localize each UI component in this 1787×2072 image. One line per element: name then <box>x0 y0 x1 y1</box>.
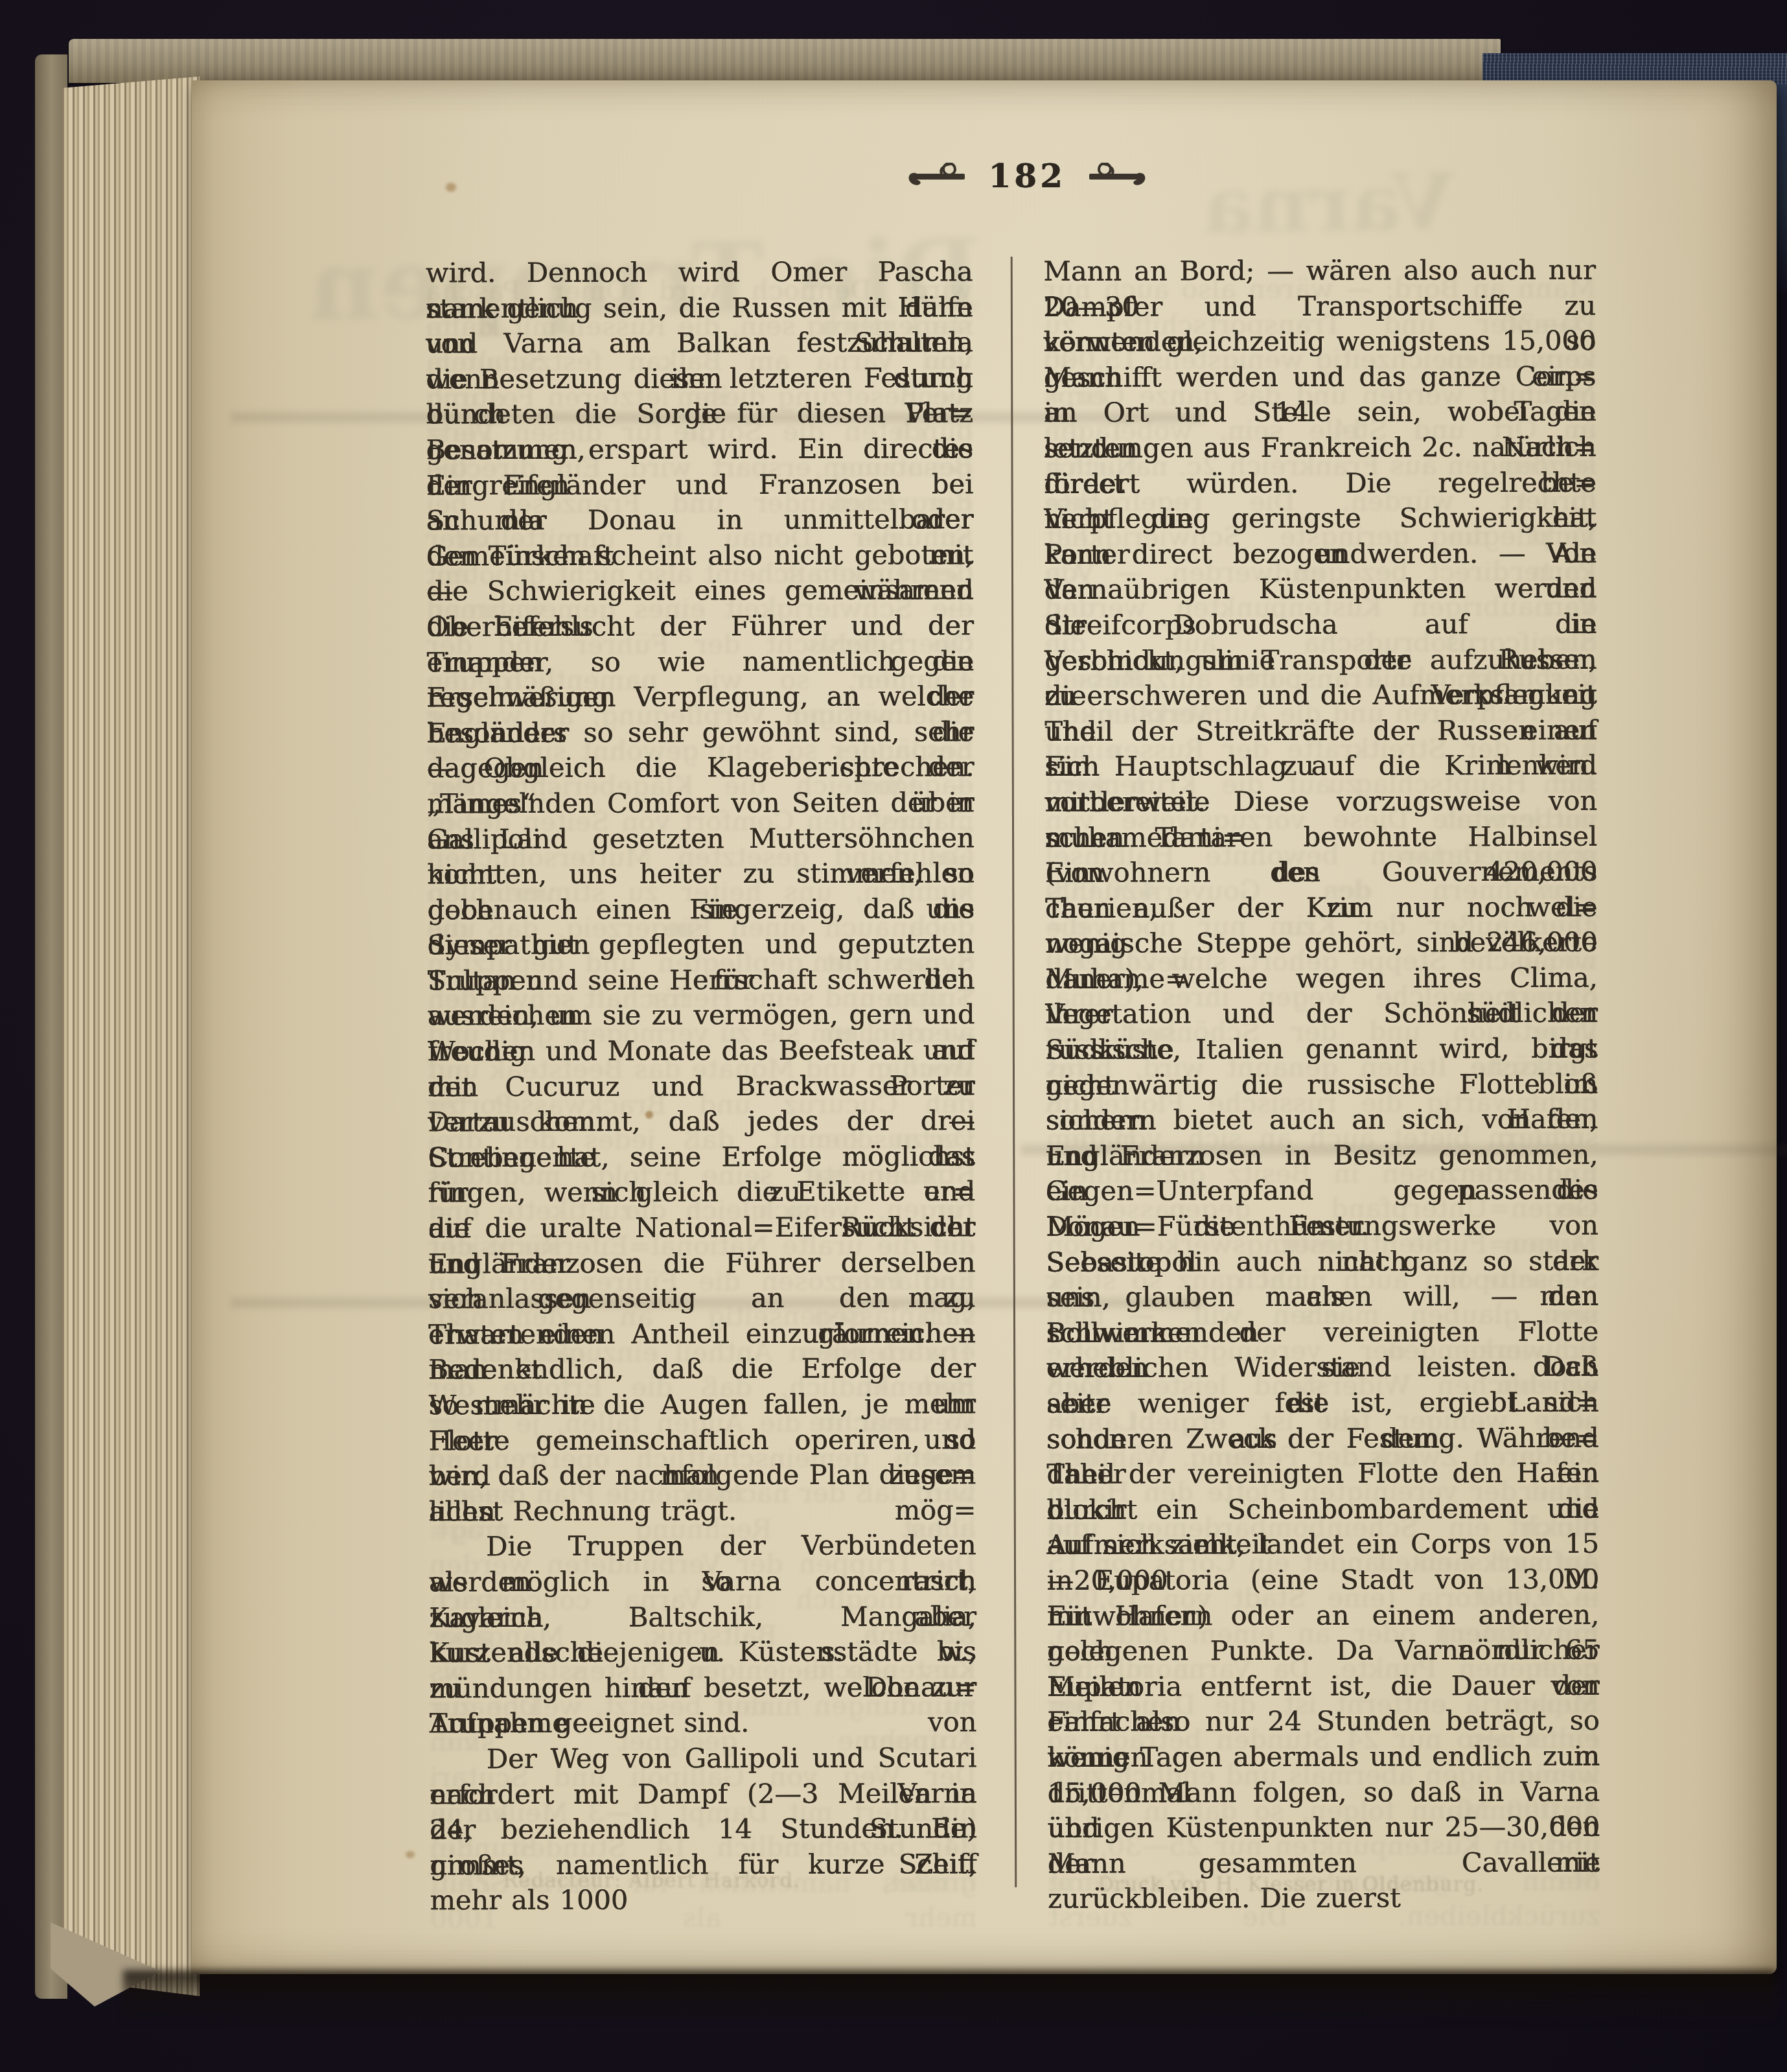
footer-bleed-through-redacteur: Redacteur: Albert Harkord. <box>503 1869 800 1892</box>
text-line: kurz alle diejenigen Küstenstädte bis zu… <box>429 1634 976 1671</box>
page-number: 182 <box>988 157 1065 195</box>
text-line: Thaten einen Antheil einzuräumen. — Bede… <box>428 1316 976 1353</box>
text-line: uns glauben machen will, — den schwimmen… <box>1046 1279 1598 1316</box>
text-line: auf die uralte National=Eifersucht der E… <box>428 1209 976 1246</box>
text-line: Eupatoria entfernt ist, die Dauer der ei… <box>1047 1668 1600 1705</box>
text-line: sonderen Zweck der Festung. Während dahe… <box>1046 1420 1599 1457</box>
text-line: Einwohnern des Gouvernements Taurien, zu… <box>1045 854 1598 891</box>
text-line: mit Cucuruz und Brackwasser zu vertausch… <box>428 1068 975 1105</box>
text-line: der Engländer und Franzosen bei Schumla … <box>426 467 974 504</box>
text-line: Bollwerken der vereinigten Flotte werden… <box>1046 1314 1599 1351</box>
text-line: fördert würden. Die regelrechte Verpfleg… <box>1044 465 1597 502</box>
stacked-page-fore-edges <box>62 76 200 1996</box>
text-line: nicht die geringste Schwierigkeit, Porte… <box>1044 500 1597 537</box>
text-line: Seeseite hin auch nicht ganz so stark se… <box>1046 1243 1598 1280</box>
text-line: russische Italien genannt wird, birgt ni… <box>1045 1031 1598 1068</box>
text-line: zu erschweren und die Aufmerksamkeit und… <box>1044 677 1597 714</box>
photographed-book-scene: 182 Die Truppen Varna wird. Dennoch wird… <box>0 0 1787 2072</box>
text-line: regelmäßigen Verpflegung, an welche beso… <box>426 679 974 716</box>
text-line: geschifft werden und das ganze Corps in … <box>1044 358 1597 395</box>
text-line: Mann an Bord; — wären also auch nur 20—3… <box>1043 253 1596 290</box>
text-line: erfordert mit Dampf (2—3 Meilen in der S… <box>430 1776 977 1813</box>
text-line: Sultan und seine Herrschaft schwerlich a… <box>428 962 975 999</box>
text-line: könnten gleichzeitig wenigstens 15,000 M… <box>1044 323 1597 360</box>
text-line: ans Land gesetzten Muttersöhnchen nicht … <box>427 821 974 857</box>
text-line: dieser gut gepflegten und geputzten Trup… <box>427 926 974 963</box>
text-line: und Franzosen die Führer derselben veran… <box>428 1245 976 1282</box>
text-line: bündeten die Sorge für diesen Platz geno… <box>426 396 973 433</box>
text-line: Gegen=Unterpfand gegen die Donau=Fürsten… <box>1046 1172 1598 1209</box>
text-line: die Dobrudscha auf die Verbindungslinie … <box>1044 607 1597 644</box>
text-line: Dampfer und Transportschiffe zu verwende… <box>1043 288 1596 325</box>
text-line: mangelnden Comfort von Seiten der in Gal… <box>427 785 974 822</box>
text-line: daner), welche wegen ihres Clima, ihrer … <box>1045 960 1598 997</box>
text-line: vorbereitet. Diese vorzugsweise von muha… <box>1044 784 1597 821</box>
text-line: wenig Tagen abermals und endlich zum dri… <box>1047 1739 1600 1776</box>
text-line: man endlich, daß die Erfolge der Westmäc… <box>428 1351 976 1388</box>
text-line: ben, daß der nachfolgende Plan diesem al… <box>429 1457 976 1494</box>
page-shadow <box>123 1970 1775 2022</box>
text-line: an Ort und Stelle sein, wobei die letzte… <box>1044 394 1597 431</box>
footer-bleed-through-printer: Druck von H. Kiesser in Oldenburg. <box>1098 1873 1484 1896</box>
page-header: 182 <box>235 157 1787 195</box>
text-line: sondern bietet auch an sich, von den Eng… <box>1046 1102 1598 1139</box>
text-line: 24, beziehendlich 14 Stunden. Ein großes… <box>430 1811 977 1848</box>
text-line: und Franzosen in Besitz genommen, ein pa… <box>1046 1137 1598 1174</box>
text-line: konnten, uns heiter zu stimmen, so geben… <box>427 856 974 892</box>
text-line: mit Hafen) oder an einem anderen, noch n… <box>1047 1597 1600 1634</box>
text-line: Vegetation und der Schönheit der Südküst… <box>1045 995 1598 1032</box>
paper-stain <box>406 1851 415 1858</box>
text-line: die Besetzung dieser letzteren Festung d… <box>426 360 973 397</box>
fleuron-icon <box>906 163 969 190</box>
text-line: erheblichen Widerstand leisten. Daß aber… <box>1046 1349 1599 1386</box>
text-line: die Schwierigkeit eines gemeinsamen Ober… <box>426 572 974 609</box>
text-line: Flotte gemeinschaftlich operiren, so wir… <box>428 1422 976 1459</box>
text-line: gegenwärtig die russische Flotte im sich… <box>1046 1066 1598 1103</box>
text-line: als möglich in Varna concentrirt, zuglei… <box>429 1563 976 1600</box>
book-page: 182 Die Truppen Varna wird. Dennoch wird… <box>192 80 1777 1974</box>
text-line: Darzu kommt, daß jedes der drei Continge… <box>428 1103 975 1140</box>
text-line: einander, so wie namentlich die Erschwer… <box>426 644 974 681</box>
text-line: an der Donau in unmittelbarer Gemeinscha… <box>426 502 974 539</box>
text-line: übrigen Küstenpunkten nur 25—30,000 Mann… <box>1048 1810 1600 1846</box>
text-line: Engländer so sehr gewöhnt sind, sehr dag… <box>427 714 974 751</box>
text-line: geschickt, um Transporte aufzuheben, die… <box>1044 642 1597 679</box>
text-line: in Eupatoria (eine Stadt von 13,000 Einw… <box>1047 1562 1600 1599</box>
text-line: Theil der Streitkräfte der Russen auf si… <box>1044 712 1597 749</box>
text-line: sendungen aus Frankreich 2c. natürlich d… <box>1044 430 1597 467</box>
right-column: Mann an Bord; — wären also auch nur 20—3… <box>1043 253 1600 1887</box>
text-line: ringen, wenn gleich die Etikette und die… <box>428 1174 975 1211</box>
text-line: Der Weg von Gallipoli und Scutari nach V… <box>430 1740 977 1777</box>
text-line: Mögen die Festungswerke von Sebastopol n… <box>1046 1208 1598 1245</box>
text-line: den übrigen Küstenpunkten werden Streifc… <box>1044 571 1597 608</box>
text-line: durch ein Scheinbombardement die Aufmerk… <box>1046 1491 1599 1528</box>
text-block: wird. Dennoch wird Omer Pascha namentlic… <box>426 253 1600 1889</box>
text-line: chen außer der Krim nur noch die wenig b… <box>1045 889 1598 926</box>
text-line: werden, um sie zu vermögen, gern und fre… <box>428 997 975 1034</box>
text-line: Kavarna, Baltschik, Mangalia, Kustendsch… <box>429 1599 976 1636</box>
text-line: Theil der vereinigten Flotte den Hafen b… <box>1046 1456 1599 1493</box>
text-line: Besatzung erspart wird. Ein directes Ein… <box>426 431 973 468</box>
text-line: mündungen hinauf besetzt, welche zur Auf… <box>429 1670 976 1706</box>
text-line: nogaische Steppe gehört, sind 246,000 Mu… <box>1045 925 1598 962</box>
text-line: schen Tartaren bewohnte Halbinsel (von d… <box>1045 819 1598 856</box>
text-line: 15,000 Mann folgen, so daß in Varna und … <box>1047 1774 1600 1811</box>
text-line: so mehr in die Augen fallen, je mehr Hee… <box>428 1386 976 1423</box>
text-line: Wochen und Monate das Beefsteak und den … <box>428 1032 975 1069</box>
book-cover-top-edge <box>69 39 1501 83</box>
text-line: auf sich zieht, landet ein Corps von 15—… <box>1046 1526 1599 1563</box>
fleuron-icon <box>1085 163 1147 190</box>
text-line: stark genug sein, die Russen mit Hülfe v… <box>426 290 973 327</box>
text-line: den Türken scheint also nicht geboten, —… <box>426 537 974 574</box>
text-line: Streben hat, seine Erfolge möglichst für… <box>428 1139 975 1176</box>
text-line: und Varna am Balkan festzuhalten, wenn i… <box>426 325 973 362</box>
text-line: sich gegenseitig an den zu erwartenden g… <box>428 1280 976 1317</box>
text-line: Die Truppen der Verbündeten werden so ra… <box>429 1528 976 1565</box>
left-column: wird. Dennoch wird Omer Pascha namentlic… <box>426 254 977 1889</box>
text-line: wird. Dennoch wird Omer Pascha namentlic… <box>426 254 973 291</box>
text-line: Fahrt also nur 24 Stunden beträgt, so kö… <box>1047 1703 1600 1740</box>
text-line: Ein Hauptschlag auf die Krim wird mittle… <box>1044 748 1597 785</box>
text-line: die Eifersucht der Führer und der Truppe… <box>426 608 974 645</box>
text-line: seite weniger fest ist, ergiebt sich sch… <box>1046 1385 1599 1422</box>
text-line: doch auch einen Fingerzeig, daß die Symp… <box>427 891 974 928</box>
text-line: gelegenen Punkte. Da Varna nur 65 Meilen… <box>1047 1633 1600 1670</box>
text-line: — Obgleich die Klageberichte der „Times“… <box>427 749 974 786</box>
text-line: kann direct bezogen werden. — Von Varna … <box>1044 535 1597 572</box>
column-divider-rule <box>1010 257 1017 1887</box>
